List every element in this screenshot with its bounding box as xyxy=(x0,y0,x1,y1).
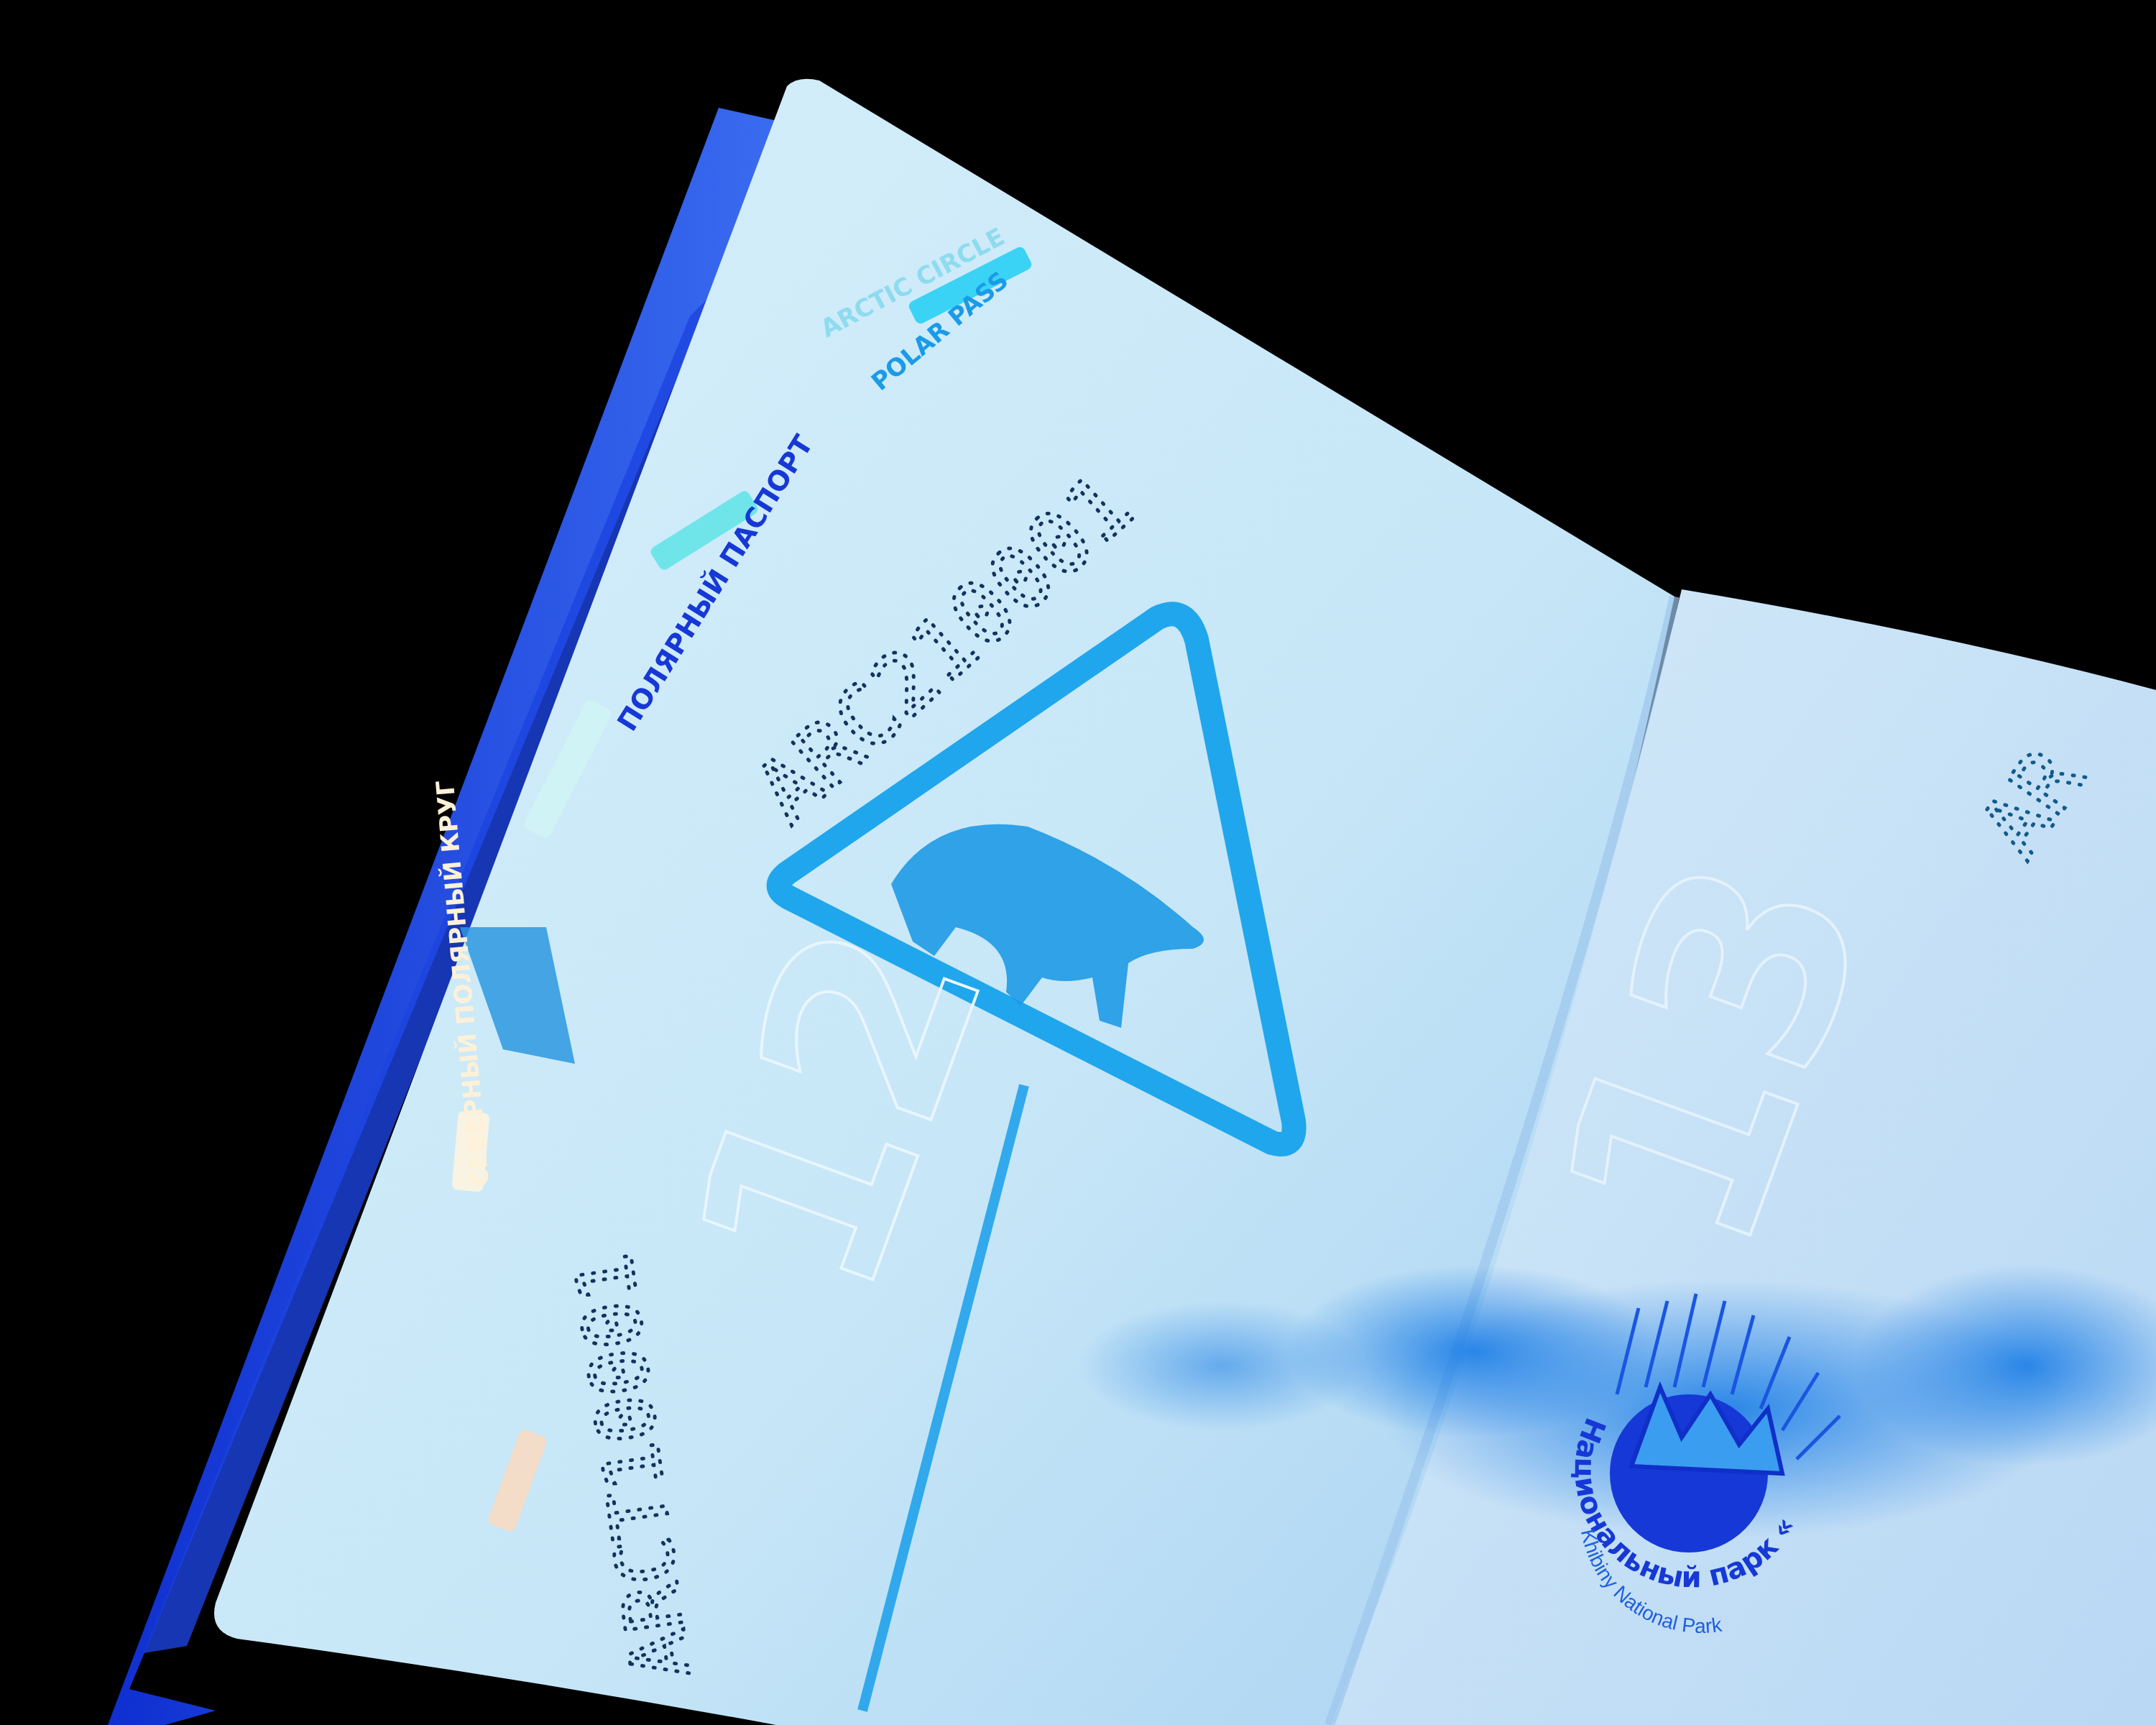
passport-photo: ARCTIC CIRCLE ПОЛЯРНЫЙ ПАСПОРТ POLAR PAS… xyxy=(0,0,2156,1725)
passport-scene: ARCTIC CIRCLE ПОЛЯРНЫЙ ПАСПОРТ POLAR PAS… xyxy=(0,0,2156,1725)
